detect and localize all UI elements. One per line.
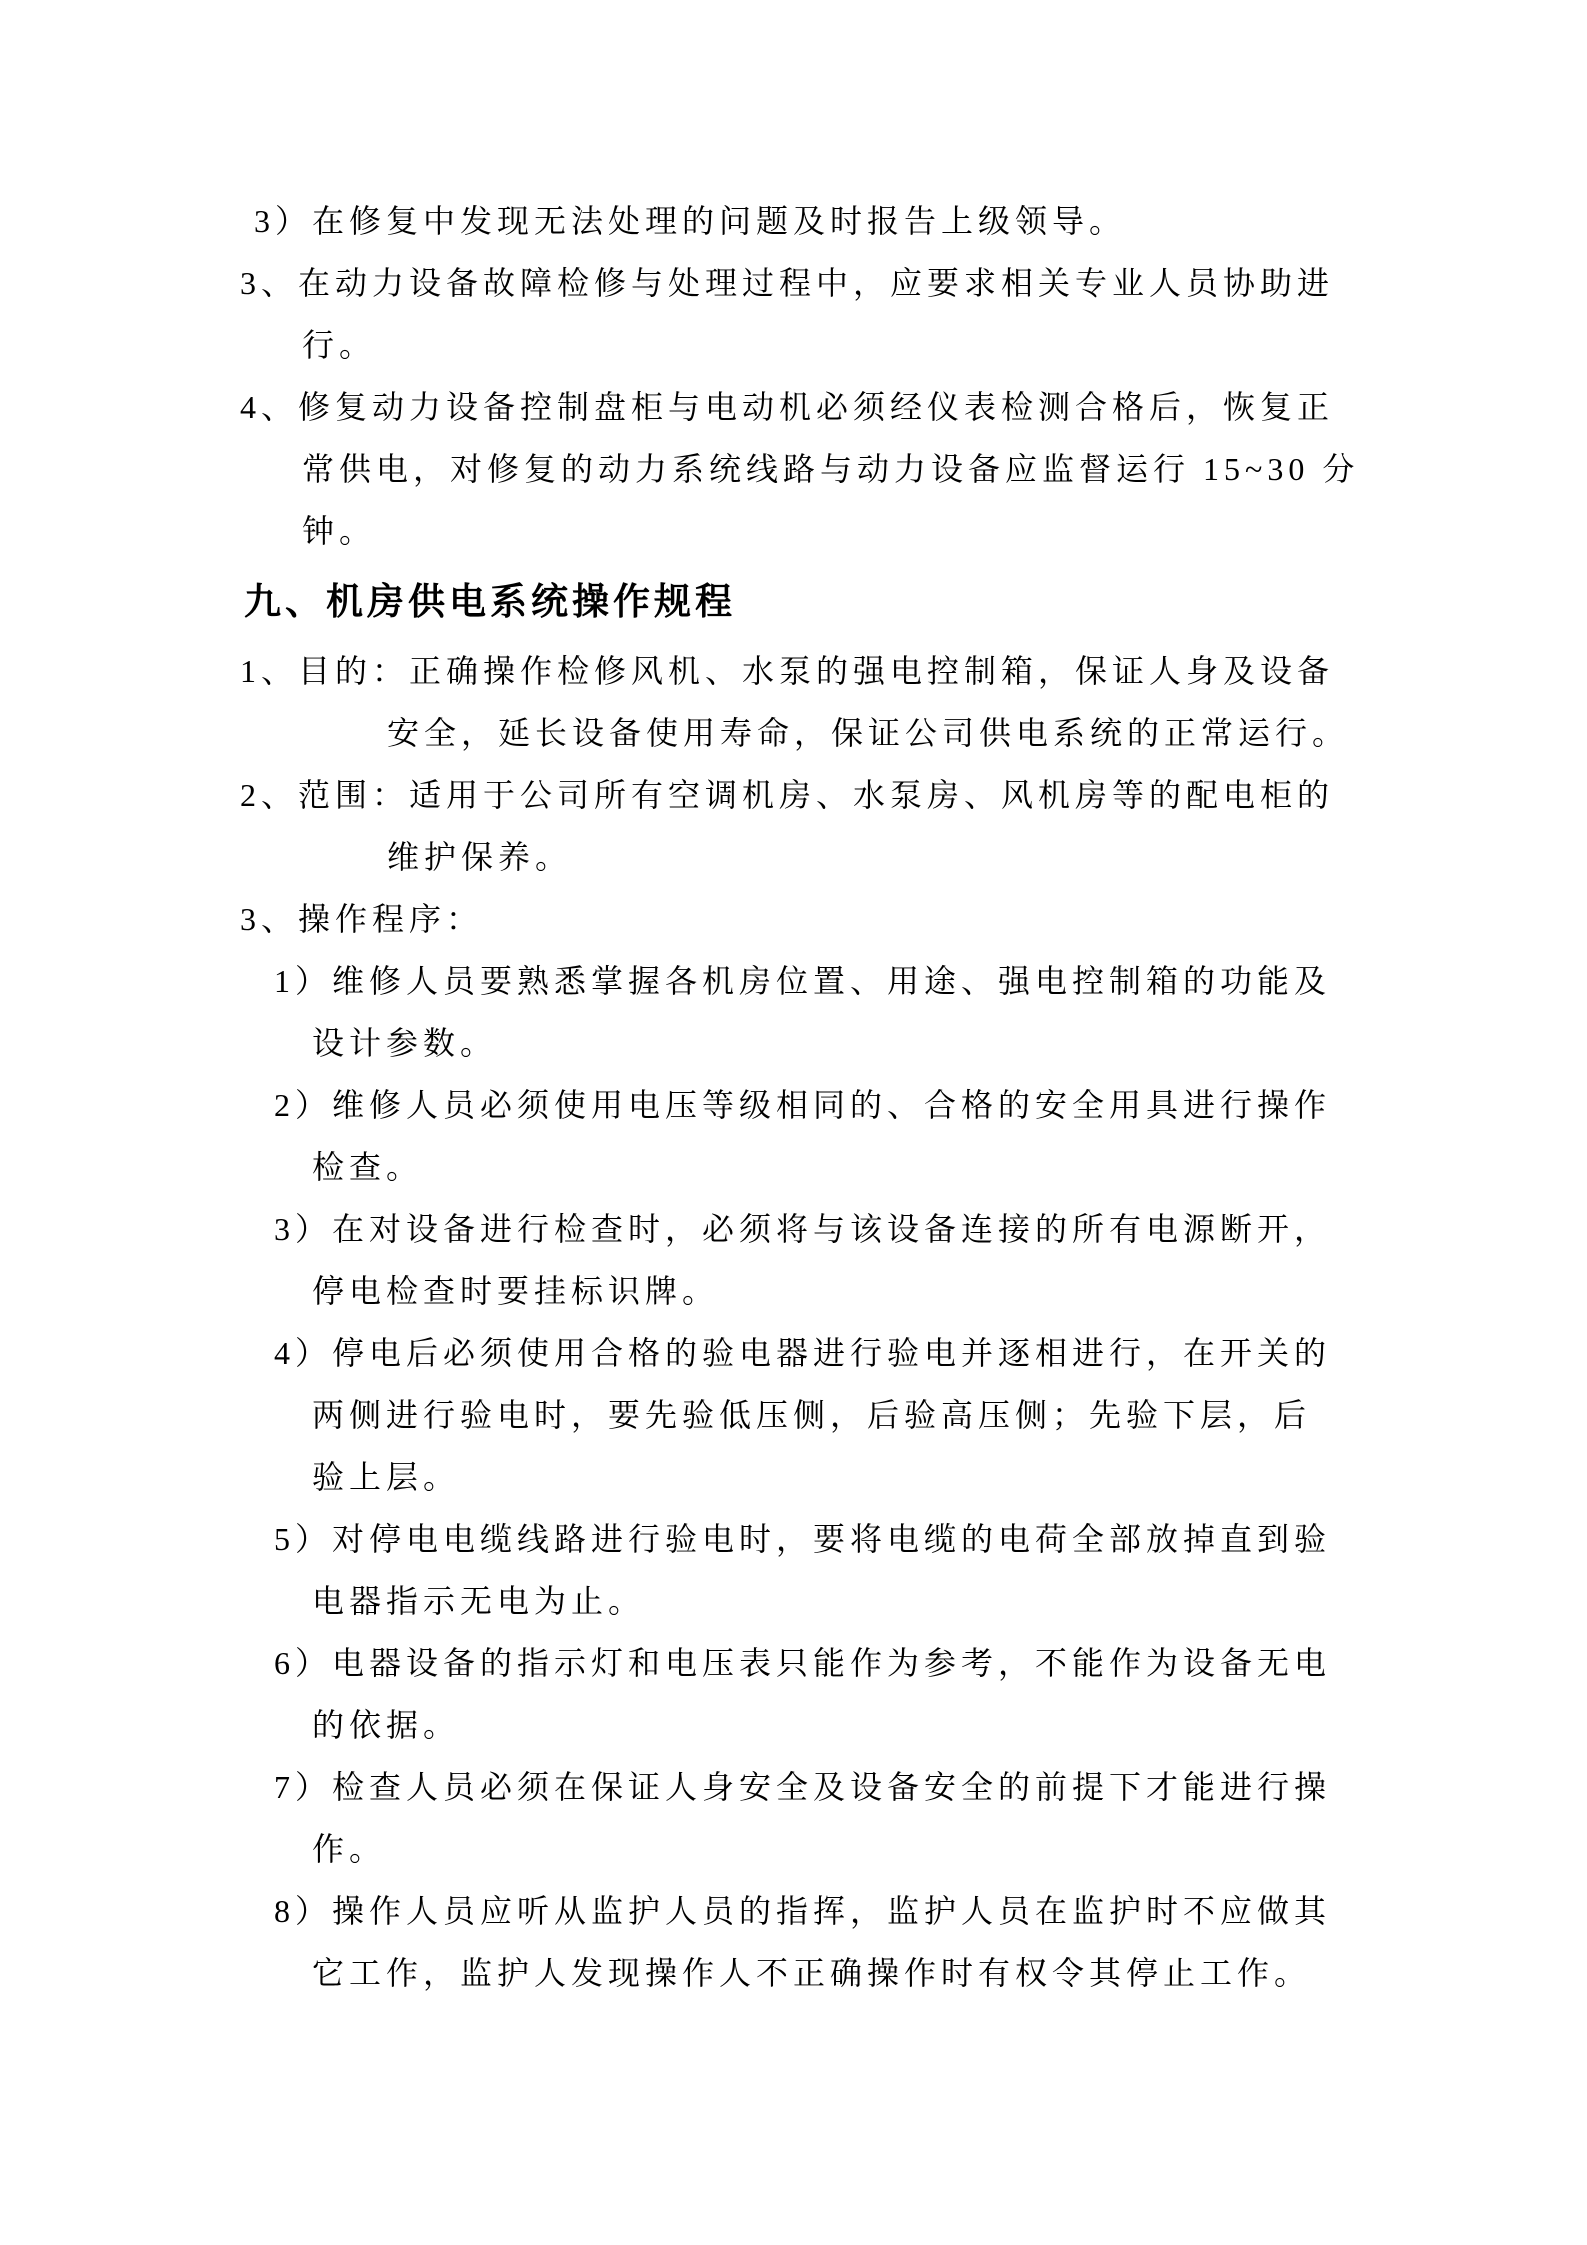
list-item: 1、目的：正确操作检修风机、水泵的强电控制箱，保证人身及设备 xyxy=(0,640,1587,702)
list-item-wrap: 维护保养。 xyxy=(0,826,1587,888)
sublist-item-wrap: 的依据。 xyxy=(0,1694,1587,1756)
sublist-item: 5）对停电电缆线路进行验电时，要将电缆的电荷全部放掉直到验 xyxy=(0,1508,1587,1570)
list-item: 3、在动力设备故障检修与处理过程中，应要求相关专业人员协助进 xyxy=(0,252,1587,314)
sublist-item: 6）电器设备的指示灯和电压表只能作为参考，不能作为设备无电 xyxy=(0,1632,1587,1694)
sublist-item-wrap: 作。 xyxy=(0,1818,1587,1880)
section-heading: 九、机房供电系统操作规程 xyxy=(0,566,1587,638)
sublist-item-wrap: 它工作，监护人发现操作人不正确操作时有权令其停止工作。 xyxy=(0,1942,1587,2004)
sublist-item: 3）在对设备进行检查时，必须将与该设备连接的所有电源断开， xyxy=(0,1198,1587,1260)
sublist-item-wrap: 电器指示无电为止。 xyxy=(0,1570,1587,1632)
sublist-item-wrap: 停电检查时要挂标识牌。 xyxy=(0,1260,1587,1322)
sublist-item-wrap: 检查。 xyxy=(0,1136,1587,1198)
list-item: 4、修复动力设备控制盘柜与电动机必须经仪表检测合格后，恢复正 xyxy=(0,376,1587,438)
document-page: 3）在修复中发现无法处理的问题及时报告上级领导。 3、在动力设备故障检修与处理过… xyxy=(0,0,1587,2245)
list-item: 3）在修复中发现无法处理的问题及时报告上级领导。 xyxy=(0,190,1587,252)
sublist-item-wrap: 两侧进行验电时，要先验低压侧，后验高压侧；先验下层，后 xyxy=(0,1384,1587,1446)
sublist-item: 1）维修人员要熟悉掌握各机房位置、用途、强电控制箱的功能及 xyxy=(0,950,1587,1012)
sublist-item: 8）操作人员应听从监护人员的指挥，监护人员在监护时不应做其 xyxy=(0,1880,1587,1942)
list-item-wrap: 常供电，对修复的动力系统线路与动力设备应监督运行 15~30 分 xyxy=(0,438,1587,500)
sublist-item: 4）停电后必须使用合格的验电器进行验电并逐相进行，在开关的 xyxy=(0,1322,1587,1384)
sublist-item-wrap: 验上层。 xyxy=(0,1446,1587,1508)
sublist-item-wrap: 设计参数。 xyxy=(0,1012,1587,1074)
list-item: 3、操作程序： xyxy=(0,888,1587,950)
sublist-item: 7）检查人员必须在保证人身安全及设备安全的前提下才能进行操 xyxy=(0,1756,1587,1818)
list-item-wrap: 钟。 xyxy=(0,500,1587,562)
list-item-wrap: 安全，延长设备使用寿命，保证公司供电系统的正常运行。 xyxy=(0,702,1587,764)
list-item-wrap: 行。 xyxy=(0,314,1587,376)
sublist-item: 2）维修人员必须使用电压等级相同的、合格的安全用具进行操作 xyxy=(0,1074,1587,1136)
list-item: 2、范围：适用于公司所有空调机房、水泵房、风机房等的配电柜的 xyxy=(0,764,1587,826)
